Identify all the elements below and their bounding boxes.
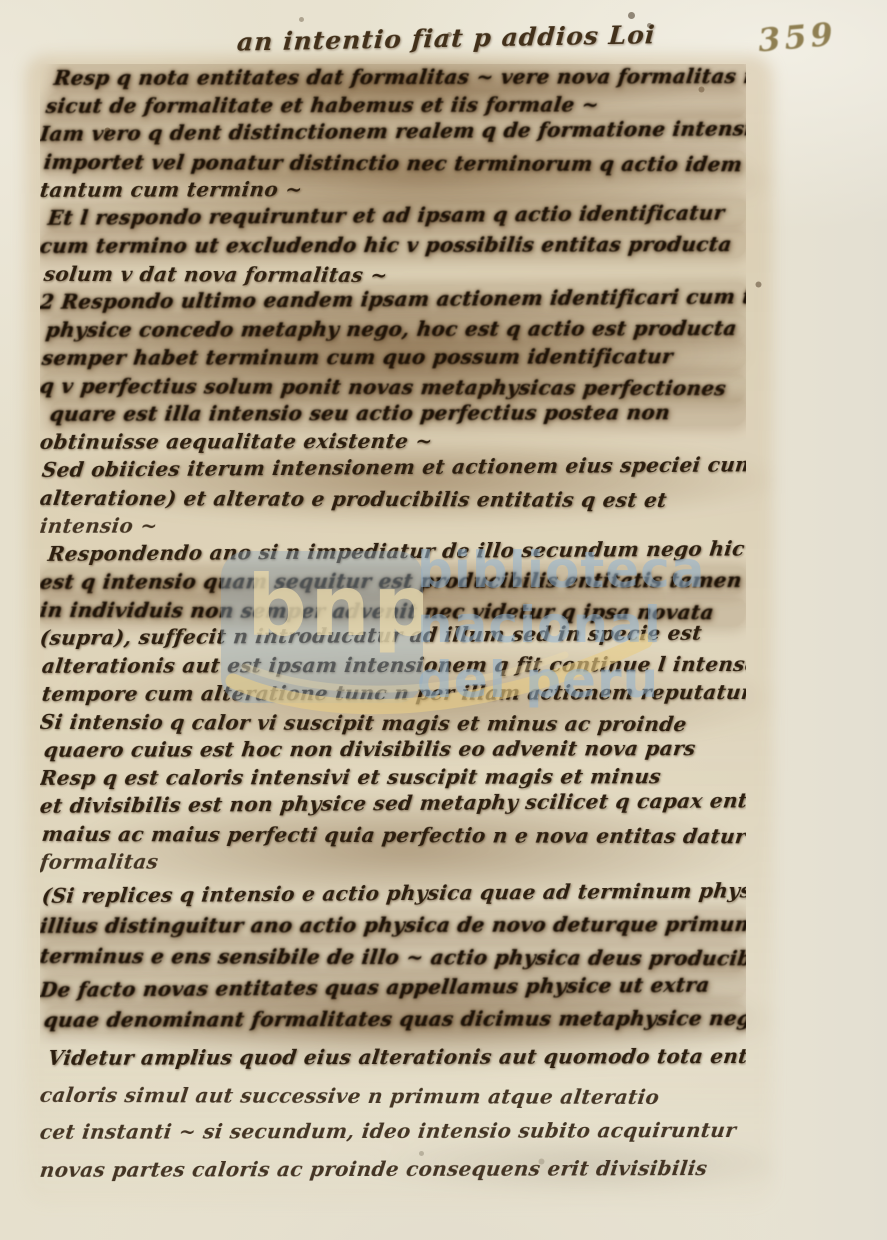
- manuscript-page: an intentio fiat p addios Loi 359 Resp q…: [0, 0, 887, 1240]
- manuscript-line: 2 Respondo ultimo eandem ipsam actionem …: [40, 282, 746, 316]
- manuscript-line: physice concedo metaphy nego, hoc est q …: [44, 314, 746, 344]
- manuscript-line: (supra), suffecit n introducatur ad illu…: [40, 618, 746, 652]
- manuscript-line: Iam vero q dent distinctionem realem q d…: [40, 114, 746, 148]
- manuscript-line: (Si replices q intensio e actio physica …: [40, 876, 746, 910]
- manuscript-line: novas partes caloris ac proinde conseque…: [40, 1154, 746, 1184]
- manuscript-line: et divisibilis est non physice sed metap…: [40, 786, 746, 820]
- manuscript-line: illius distinguitur ano actio physica de…: [40, 910, 746, 940]
- manuscript-line: quare est illa intensio seu actio perfec…: [48, 398, 746, 428]
- manuscript-line: Et l respondo requiruntur et ad ipsam q …: [46, 199, 746, 232]
- manuscript-line: quae denominant formalitates quas dicimu…: [42, 1004, 746, 1034]
- manuscript-line: cum termino ut excludendo hic v possibil…: [40, 230, 746, 260]
- manuscript-line: formalitas: [40, 846, 746, 876]
- manuscript-line: Resp q nota entitates dat formalitas ~ v…: [52, 64, 746, 92]
- manuscript-text: Resp q nota entitates dat formalitas ~ v…: [40, 64, 746, 1214]
- manuscript-line: alterationis aut est ipsam intensionem q…: [40, 650, 746, 680]
- manuscript-line: caloris simul aut successive n primum at…: [40, 1081, 746, 1111]
- manuscript-line: De facto novas entitates quas appellamus…: [40, 970, 746, 1004]
- manuscript-line: tempore cum alteratione tunc n per illam…: [40, 678, 746, 708]
- manuscript-line: Respondendo ano si n impediatur de illo …: [46, 535, 746, 568]
- folio-number: 359: [756, 15, 838, 60]
- page-title: an intentio fiat p addios Loi: [236, 20, 657, 56]
- manuscript-line: Sed obiicies iterum intensionem et actio…: [40, 450, 746, 484]
- manuscript-line: terminus e ens sensibile de illo ~ actio…: [40, 942, 746, 972]
- manuscript-line: est q intensio quam sequitur est produci…: [40, 566, 746, 596]
- manuscript-line: quaero cuius est hoc non divisibilis eo …: [42, 734, 746, 764]
- manuscript-line: semper habet terminum cum quo possum ide…: [40, 342, 746, 372]
- manuscript-line: Videtur amplius quod eius alterationis a…: [46, 1042, 746, 1072]
- ink-specks: [0, 0, 3, 3]
- manuscript-line: cet instanti ~ si secundum, ideo intensi…: [40, 1116, 746, 1146]
